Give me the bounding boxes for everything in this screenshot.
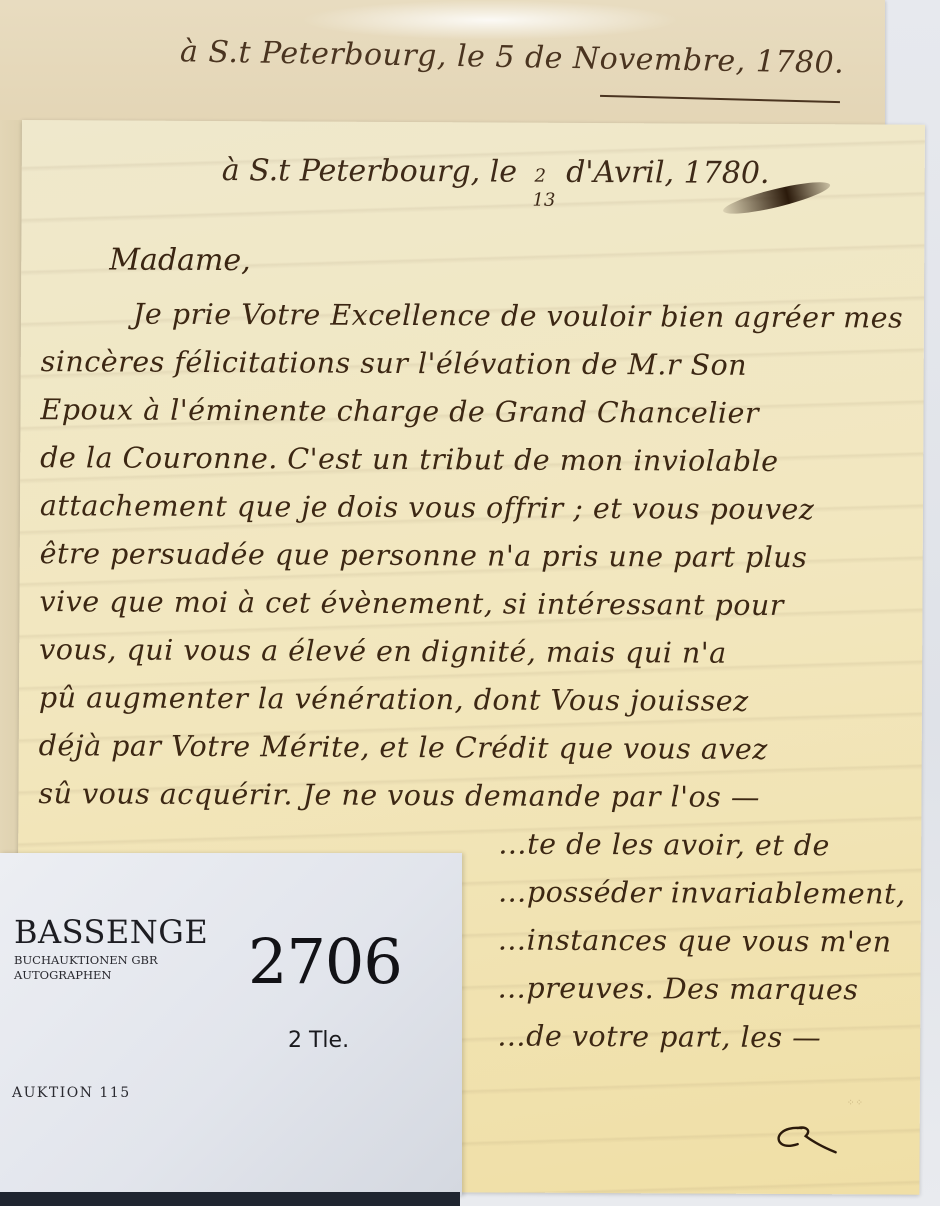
body-line: sincères félicitations sur l'élévation d… (41, 338, 911, 391)
body-line: vive que moi à cet évènement, si intéres… (39, 578, 909, 631)
body-line: sû vous acquérir. Je ne vous demande par… (38, 770, 908, 823)
dateline-suffix: d'Avril, 1780. (566, 155, 770, 191)
collection-stamp: ⁘⁘ (847, 1098, 864, 1108)
dateline-prefix: à S.t Peterbourg, le (222, 153, 518, 190)
auction-house-subtitle: BUCHAUKTIONEN GBR AUTOGRAPHEN (14, 953, 158, 983)
light-glare (300, 0, 680, 40)
auction-lot-card: BASSENGE BUCHAUKTIONEN GBR AUTOGRAPHEN 2… (0, 853, 462, 1196)
body-line: attachement que je dois vous offrir ; et… (40, 482, 910, 535)
table-edge (0, 1192, 460, 1206)
dateline-underline (600, 95, 840, 103)
day-old-style: 2 (535, 166, 547, 187)
body-line: Epoux à l'éminente charge de Grand Chanc… (40, 386, 910, 439)
subtitle-line-2: AUTOGRAPHEN (14, 968, 158, 983)
lot-number: 2706 (248, 925, 402, 998)
handwritten-note: 2 Tle. (288, 1028, 349, 1053)
body-line: vous, qui vous a élevé en dignité, mais … (39, 626, 909, 679)
catchword-flourish-icon (772, 1124, 842, 1154)
body-line: de la Couronne. C'est un tribut de mon i… (40, 434, 910, 487)
body-line: Je prie Votre Excellence de vouloir bien… (41, 290, 911, 343)
body-line: déjà par Votre Mérite, et le Crédit que … (39, 722, 909, 775)
auction-house-name: BASSENGE (14, 913, 208, 951)
front-letter-dateline: à S.t Peterbourg, le 2 13 d'Avril, 1780. (222, 153, 770, 191)
salutation: Madame, (109, 242, 251, 278)
subtitle-line-1: BUCHAUKTIONEN GBR (14, 953, 158, 968)
body-line: être persuadée que personne n'a pris une… (40, 530, 910, 583)
back-letter-dateline: à S.t Peterbourg, le 5 de Novembre, 1780… (180, 34, 845, 81)
auction-number: AUKTION 115 (12, 1085, 131, 1101)
day-new-style: 13 (532, 190, 555, 211)
body-line: pû augmenter la vénération, dont Vous jo… (39, 674, 909, 727)
